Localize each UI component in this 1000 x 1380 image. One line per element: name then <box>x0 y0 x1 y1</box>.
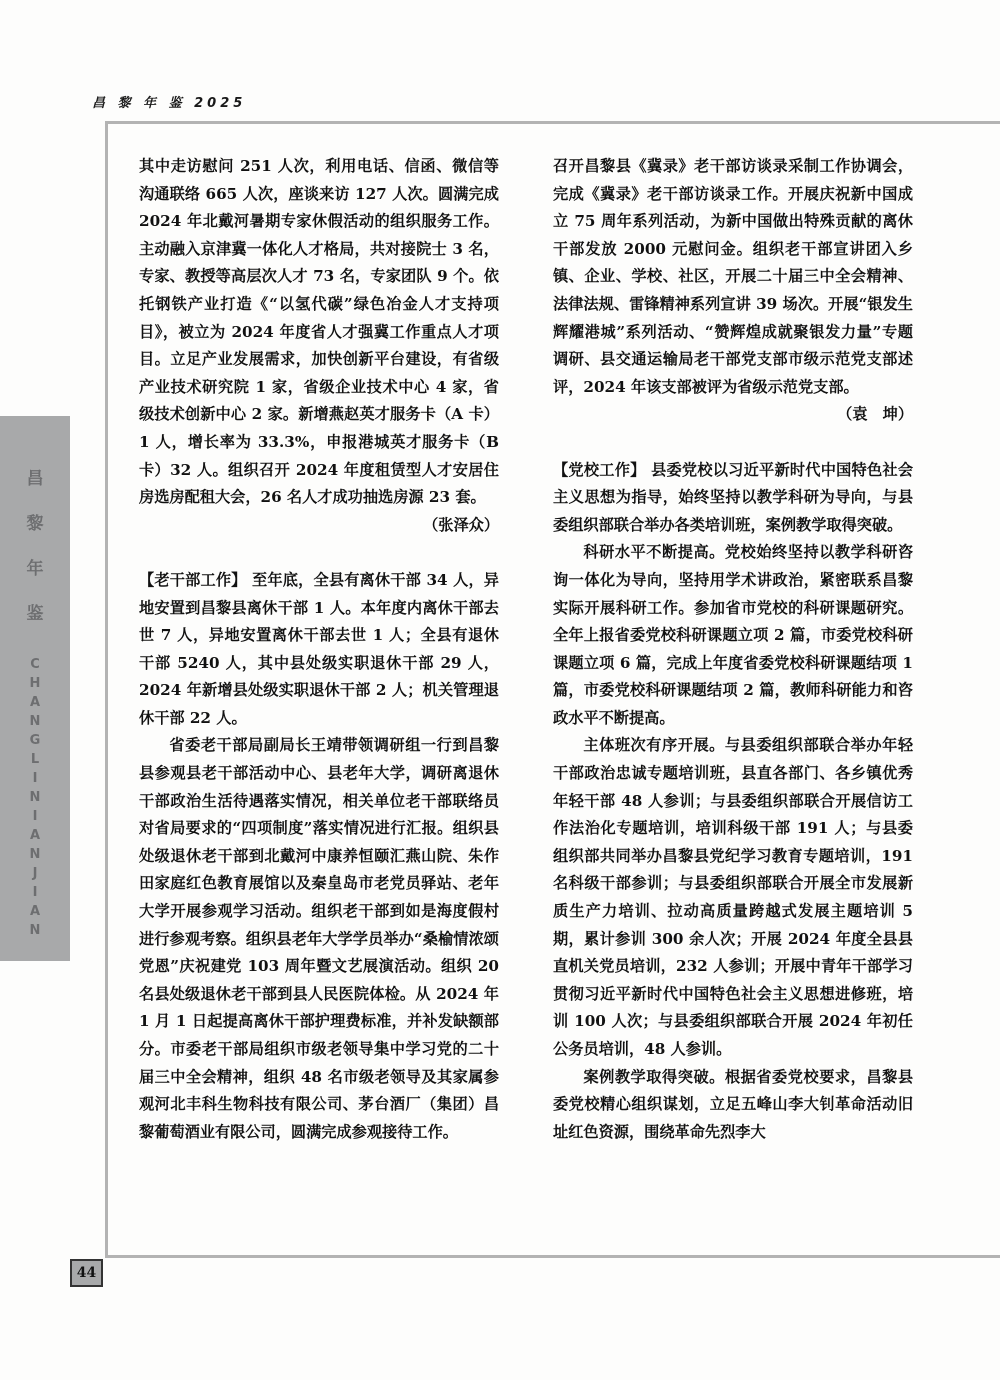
right-column: 召开昌黎县《冀录》老干部访谈录采制工作协调会，完成《冀录》老干部访谈录工作。开展… <box>553 153 913 1146</box>
side-tab: 昌 黎 年 鉴 C H A N G L I N I A N J I A N <box>0 416 70 961</box>
section-heading: 【党校工作】 <box>553 461 646 479</box>
running-head: 昌 黎 年 鉴 2025 <box>92 92 246 111</box>
side-tab-letter: I <box>33 769 38 788</box>
side-tab-letter: N <box>30 712 41 731</box>
author-byline: （袁 坤） <box>553 401 913 429</box>
paragraph: 案例教学取得突破。根据省委党校要求，昌黎县委党校精心组织谋划，立足五峰山李大钊革… <box>553 1064 913 1147</box>
paragraph: 科研水平不断提高。党校始终坚持以教学科研咨询一体化为导向，坚持用学术讲政治，紧密… <box>553 539 913 732</box>
side-tab-letter: N <box>30 788 41 807</box>
side-tab-letter: A <box>30 693 40 712</box>
side-tab-letter: G <box>30 731 41 750</box>
side-tab-letter: N <box>30 845 41 864</box>
paragraph: 主体班次有序开展。与县委组织部联合举办年轻干部政治忠诚专题培训班，县直各部门、各… <box>553 732 913 1063</box>
side-tab-char: 黎 <box>27 516 44 533</box>
side-tab-letter: J <box>33 864 38 883</box>
left-column: 其中走访慰问 251 人次，利用电话、信函、微信等沟通联络 665 人次，座谈来… <box>139 153 499 1146</box>
side-tab-letter: A <box>30 902 40 921</box>
side-tab-letter: I <box>33 883 38 902</box>
frame-left-rule <box>105 121 108 1258</box>
author-byline: （张泽众） <box>139 512 499 540</box>
section-body: 至年底，全县有离休干部 34 人，异地安置到昌黎县离休干部 1 人。本年度内离休… <box>139 571 499 727</box>
paragraph: 召开昌黎县《冀录》老干部访谈录采制工作协调会，完成《冀录》老干部访谈录工作。开展… <box>553 153 913 401</box>
frame-bottom-rule <box>105 1255 1000 1258</box>
frame-top-rule <box>105 121 1000 124</box>
paragraph: 省委老干部局副局长王靖带领调研组一行到昌黎县参观县老干部活动中心、县老年大学，调… <box>139 732 499 1146</box>
section-heading: 【老干部工作】 <box>139 571 247 589</box>
side-tab-letter: C <box>30 655 40 674</box>
section-paragraph: 【老干部工作】 至年底，全县有离休干部 34 人，异地安置到昌黎县离休干部 1 … <box>139 567 499 733</box>
section-paragraph: 【党校工作】 县委党校以习近平新时代中国特色社会主义思想为指导，始终坚持以教学科… <box>553 457 913 540</box>
page-number: 44 <box>70 1259 103 1287</box>
side-tab-char: 年 <box>27 561 44 578</box>
paragraph: 其中走访慰问 251 人次，利用电话、信函、微信等沟通联络 665 人次，座谈来… <box>139 153 499 512</box>
side-tab-letter: L <box>31 750 39 769</box>
side-tab-char: 鉴 <box>27 606 44 623</box>
side-tab-letter: H <box>30 674 41 693</box>
side-tab-letter: N <box>30 921 41 940</box>
side-tab-letter: A <box>30 826 40 845</box>
side-tab-pinyin: C H A N G L I N I A N J I A N <box>30 655 41 940</box>
side-tab-letter: I <box>33 807 38 826</box>
side-tab-char: 昌 <box>27 471 44 488</box>
